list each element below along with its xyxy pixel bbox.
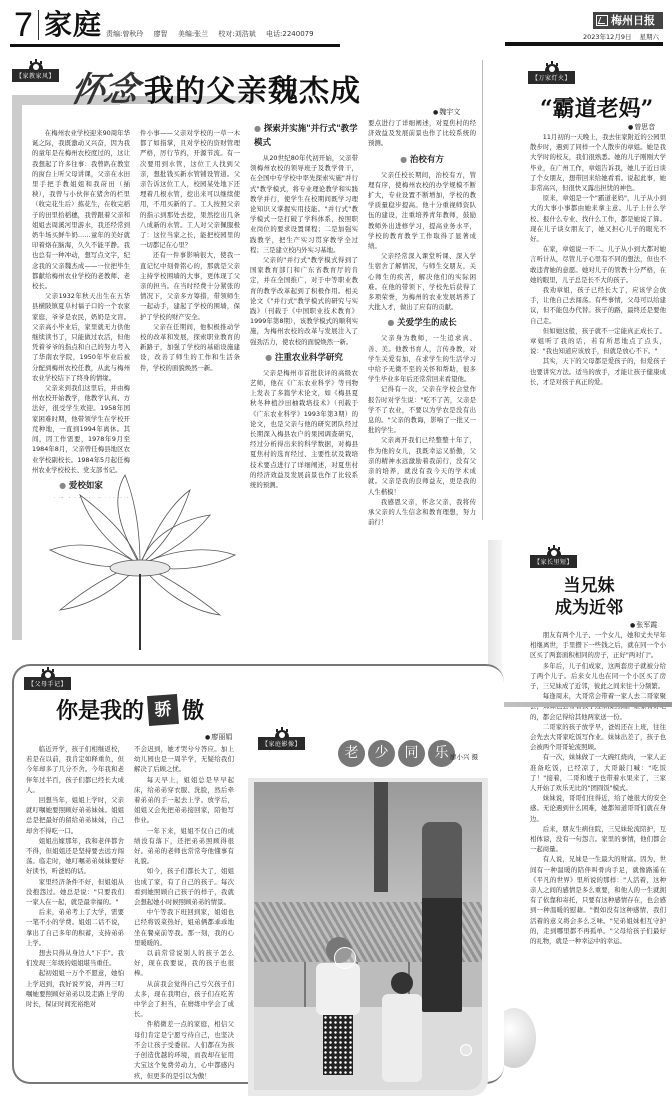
date: 2023年12月9日 — [583, 33, 631, 41]
weekday: 星期六 — [640, 33, 660, 41]
paragraph: 多年后，儿子们成家，这两套房子就被分给了两个儿子。后来女儿也在同一个小区买了房子… — [530, 661, 666, 692]
paragraph: 二哥家的孩子放学早，爸妈还在上班，往往会先去大哥家吃饭写作业。妹妹出差了，孩子也… — [530, 722, 666, 753]
gear-icon — [29, 62, 43, 70]
photo-credit: 廖小兴 摄 — [450, 752, 478, 761]
paragraph: 但如她这般，孩子就不一定能真正成长了。章姐听了我的话，若有所思地点了点头，说："… — [530, 326, 666, 357]
paragraph: 父亲常对我们说，梅州农校培养了他，他要把农校当成自己的家。为农校的发展，他四处奔… — [32, 496, 130, 498]
column-tag: 【家庭影像】 — [258, 730, 305, 750]
paragraph: 每天早上，姐姐总是早早起床，给弟弟穿衣服、洗脸，然后牵着弟弟的手一起去上学。放学… — [134, 775, 234, 826]
article-frame — [12, 95, 22, 640]
photo-tree — [374, 782, 388, 892]
column-tag-label: 【家庭影像】 — [258, 737, 305, 750]
column-tag-label: 【家长里短】 — [530, 555, 577, 568]
article-column-2: 不会迟到，她才哭兮兮答应。加上幼儿园也是一周半学，无疑给我们解决了后顾之忧。 每… — [134, 744, 234, 1084]
column-tag: 【父母手记】 — [24, 670, 71, 690]
masthead-rule-right — [505, 42, 663, 46]
paragraph: 父亲是梅州市首批获评的高级农艺师，他在《广东农业科学》等刊物上发表了多篇学术论文… — [250, 368, 358, 490]
column-tag: 【家长里短】 — [530, 548, 577, 568]
paragraph: 父亲在任期间，他积极推动学校的改革和发展，探索职业教育的新路子，加强了学校的基础… — [140, 322, 240, 373]
paragraph: 记得有一次，父亲在学校会堂作报告时对学生说："吃不了苦，父亲是学不了农业，不要以… — [368, 384, 476, 435]
gear-icon — [545, 64, 559, 72]
article-column-3: 探索并实施"并行式"教学模式 从20世纪80年代初开始，父亲带领梅州农校的领导班… — [250, 118, 358, 648]
subheading: 探索并实施"并行式"教学模式 — [250, 122, 358, 150]
masthead: 7 家庭 责编:曾秋玲 廖智 美编:张兰 校对:刘浩斌 电话:2240079 梅… — [0, 0, 672, 48]
paragraph: 还有一件事影响很大，使我一直记忆中刻骨铭心的，那就是父亲主持学校围墙的大事，更体… — [140, 250, 240, 321]
paragraph: 姐姐出嫁那年，我和老伴都舍不得，但姐姐还是坚持要去远方闯荡。临走时，她叮嘱弟弟妹… — [26, 836, 124, 877]
paragraph: 从前我会觉得自己亏欠孩子们太多，现在我明白，孩子们在吃苦中学会了担当，在磨练中学… — [134, 979, 234, 1020]
paragraph: 在梅州农业学校迎来90周年华诞之际，我既激动又兴奋，因为我的童年是在梅州农校度过… — [32, 128, 130, 291]
gear-icon — [275, 730, 289, 738]
column-tag-label: 【万家灯火】 — [528, 71, 575, 84]
paragraph: 后来，弟弟考上了大学，需要一笔不小的学费。姐姐二话不说，拿出了自己多年的积蓄，支… — [26, 907, 124, 948]
paragraph: 父亲的"并行式"教学模式得到了国家教育部门和广东省教育厅的肯定，并在全国推广，对… — [250, 255, 358, 347]
photo-children-playing-bubbles — [254, 782, 482, 1090]
byline: 曾思音 — [628, 122, 655, 132]
column-tag-label: 【家教家风】 — [12, 69, 59, 82]
article-body: 朋友有两个儿子、一个女儿，她和丈夫早年相继离世，手里攒下一些钱之后，就在同一个小… — [530, 630, 666, 1085]
title-emphasis: 怀念 — [67, 62, 143, 111]
photo-soap-bubble — [460, 1044, 472, 1056]
gear-icon — [547, 548, 561, 556]
masthead-divider — [38, 10, 39, 40]
title-text: 我的父亲魏杰成 — [144, 66, 361, 110]
editor-credit: 廖智 — [154, 30, 168, 38]
paragraph: 如今，孩子们都长大了，姐姐也成了家，有了自己的孩子。每次看到她照顾自己孩子的样子… — [134, 866, 234, 907]
paragraph: 家里经济条件不好，但姐姐从没抱怨过。她总是说："只要我们一家人在一起，就是最幸福… — [26, 877, 124, 908]
paragraph: 不会迟到，她才哭兮兮答应。加上幼儿园也是一周半学，无疑给我们解决了后顾之忧。 — [134, 744, 234, 775]
paragraph: 起初姐姐一万个不愿意，她怕上学迟到，我好说歹说，并再三叮嘱她要照顾好弟弟以及走路… — [26, 968, 124, 1009]
paragraph: 有人说，兄妹是一生最大的财富。因为，世间有一种温暖的陪伴叫骨肉手足，就像路遥在《… — [530, 854, 666, 946]
article-title: 当兄妹 成为近邻 — [555, 575, 623, 619]
article-column-1: 在梅州农业学校迎来90周年华诞之际，我既激动又兴奋，因为我的童年是在梅州农校度过… — [32, 128, 130, 498]
column-tag: 【万家灯火】 — [528, 64, 575, 84]
article-body: 11月初的一天晚上，我去住家附近的公园里散步时，遇到了同样一个人散步的章姐。她是… — [530, 132, 666, 527]
paragraph: 父亲经常深入课堂听课、深入学生宿舍了解情况，与师生交朋友，关心师生的疾苦，解决他… — [368, 251, 476, 312]
title-char: 老 — [338, 740, 365, 767]
paragraph: 其实，天下的父母都是爱孩子的，但爱孩子也要讲究方法。适当的放手，才能让孩子健康成… — [530, 356, 666, 387]
column-tag: 【家教家风】 — [12, 62, 59, 82]
paragraph: 件稍微差一点的家庭，相信父母们肯定是宁愿亏待自己，也坚决不会让孩子受委屈。人们都… — [134, 1019, 234, 1080]
photo-adult-figure — [422, 822, 462, 1012]
paragraph: 父亲离开我们已经整整十年了，作为他的女儿，我既幸运又骄傲，父亲的精神永远激励着我… — [368, 435, 476, 496]
article-column-4: 要点进行了详细阐述，对夏焦村的经济效益及发展前景也作了比较系统的预测。 治校有方… — [368, 118, 476, 698]
subheading: 治校有方 — [368, 153, 476, 167]
editor-credit: 校对:刘浩斌 — [218, 30, 255, 38]
gear-icon — [41, 670, 55, 678]
paragraph: 回想当年，姐姐上学时，父亲就叮嘱她要照顾好弟弟妹妹。姐姐总是把最好的留给弟弟妹妹… — [26, 795, 124, 836]
title-highlight: 骄 — [147, 693, 179, 725]
title-line: 当兄妹 — [555, 575, 623, 597]
title-text: 你是我的 — [56, 694, 144, 725]
paragraph: 父亲1932年秋天出生在五华县横陂镇夏阜村福子口的一个农家家庭，爷爷是农民，奶奶… — [32, 291, 130, 383]
column-divider — [482, 60, 483, 520]
article-column-2: 件小事——父亲对学校的一草一木都了如指掌，且对学校的资财管理严格，厉行节约，开源… — [140, 128, 240, 498]
paragraph: 中午等我下班回到家，姐姐也已经将饭菜热好，姐弟俩都乖乖地坐在餐桌前等我。那一刻，… — [134, 907, 234, 948]
subheading: 关爱学生的成长 — [368, 316, 476, 330]
paragraph: 件小事——父亲对学校的一草一木都了如指掌，且对学校的资财管理严格，厉行节约，开源… — [140, 128, 240, 250]
paragraph: 我劝章姐，孩子已经长大了，应该学会放手，让他自己去闯荡。有些事情，父母可以给建议… — [530, 285, 666, 326]
paragraph: 朋友有两个儿子、一个女儿，她和丈夫早年相继离世，手里攒下一些钱之后，就在同一个小… — [530, 630, 666, 661]
editor-credit: 电话:2240079 — [266, 30, 314, 38]
photo-ground — [254, 1007, 482, 1090]
newspaper-brand-logo: 梅州日报 — [593, 12, 663, 29]
photo-soap-bubble — [334, 947, 356, 969]
paragraph: 后来，朋友生病住院，三兄妹轮流陪护，互相体谅，没有一句怨言。家里的事情，他们都会… — [530, 824, 666, 855]
title-line: 成为近邻 — [555, 597, 623, 619]
byline: 张军霞 — [630, 620, 657, 630]
photo-child-toddler — [382, 972, 422, 1082]
subheading: 爱校如家 — [32, 479, 130, 493]
paragraph: 要点进行了详细阐述，对夏焦村的经济效益及发展前景也作了比较系统的预测。 — [368, 118, 476, 149]
section-title: 家庭 — [44, 9, 102, 41]
editor-credits: 责编:曾秋玲 廖智 美编:张兰 校对:刘浩斌 电话:2240079 — [106, 29, 322, 39]
byline: 魏宇文 — [433, 107, 460, 117]
paragraph: 我感恩父亲，怀念父亲，我将传承父亲的人生信念和教育理想，努力前行！ — [368, 497, 476, 528]
title-char: 同 — [398, 740, 425, 767]
article-title: 你是我的 骄 傲 — [56, 694, 204, 725]
byline: 廖丽娟 — [205, 732, 232, 742]
paragraph: 在家，章姐说一不二。儿子从小到大都对她言听计从，尽管儿子心里有不同的想法，但也不… — [530, 244, 666, 285]
paragraph: 临近开学，孩子们相继返校，若是在以前，我肯定如释重负，但今年却多了几分不舍。今年… — [26, 744, 124, 795]
paragraph: 想去只得从身边人"下手"。我们发现三年级的姐姐堪当重任。 — [26, 948, 124, 968]
paragraph: 以前常常说别人的孩子怎么好，现在我要说，我的孩子也很棒。 — [134, 948, 234, 979]
article-title: 怀念 我的父亲魏杰成 — [72, 62, 361, 111]
paragraph: 从20世纪80年代初开始，父亲带领梅州农校的领导班子及教学骨干，在全国中专学校中… — [250, 153, 358, 255]
editor-credit: 责编:曾秋玲 — [106, 30, 143, 38]
brand-emblem-icon — [596, 15, 608, 26]
paragraph: 原来，章姐是一个"霸道老妈"，儿子从小到大的大事小事都由她来拿主意。儿子上什么学… — [530, 193, 666, 244]
subheading: 注重农业科学研究 — [250, 351, 358, 365]
masthead-rule-left — [10, 44, 340, 47]
paragraph: 11月初的一天晚上，我去住家附近的公园里散步时，遇到了同样一个人散步的章姐。她是… — [530, 132, 666, 193]
article-column-1: 临近开学，孩子们相继返校，若是在以前，我肯定如释重负，但今年却多了几分不舍。今年… — [26, 744, 124, 1084]
paragraph: 一年下来，姐姐不仅自己的成绩没有落下，还把弟弟照顾得很好。弟弟的老师也常常夸他懂… — [134, 826, 234, 867]
brand-name: 梅州日报 — [611, 12, 655, 29]
paragraph: 妹妹说，哥哥们住得近，给了她很大的安全感。无论遇到什么困难，她都知道哥哥们就在身… — [530, 793, 666, 824]
paragraph: 父亲来到我们这里后，并由梅州农校开始教学，他教学认真、方法好，很受学生欢迎。19… — [32, 383, 130, 475]
paragraph: 父亲任校长期间，治校有方，管理有序，使梅州农校的办学规模不断扩大，专业设置不断增… — [368, 170, 476, 252]
photo-title: 老 少 同 乐 — [338, 740, 455, 767]
article-title: “霸道老妈” — [540, 92, 653, 123]
page-number: 7 — [14, 8, 33, 42]
title-char: 少 — [368, 740, 395, 767]
paragraph: 有一次，妹妹做了一大碗红烧肉，一家人正准备吃饭，已经凉了，大哥敲门喊："吃饭了！… — [530, 752, 666, 793]
title-text: 傲 — [182, 694, 204, 725]
issue-date: 2023年12月9日 星期六 — [583, 32, 659, 41]
editor-credit: 美编:张兰 — [178, 30, 208, 38]
column-tag-label: 【父母手记】 — [24, 677, 71, 690]
paragraph: 父亲身为教师，一生追求真、善、美。他教书育人，言传身教，对学生关爱有加，在求学生… — [368, 333, 476, 384]
